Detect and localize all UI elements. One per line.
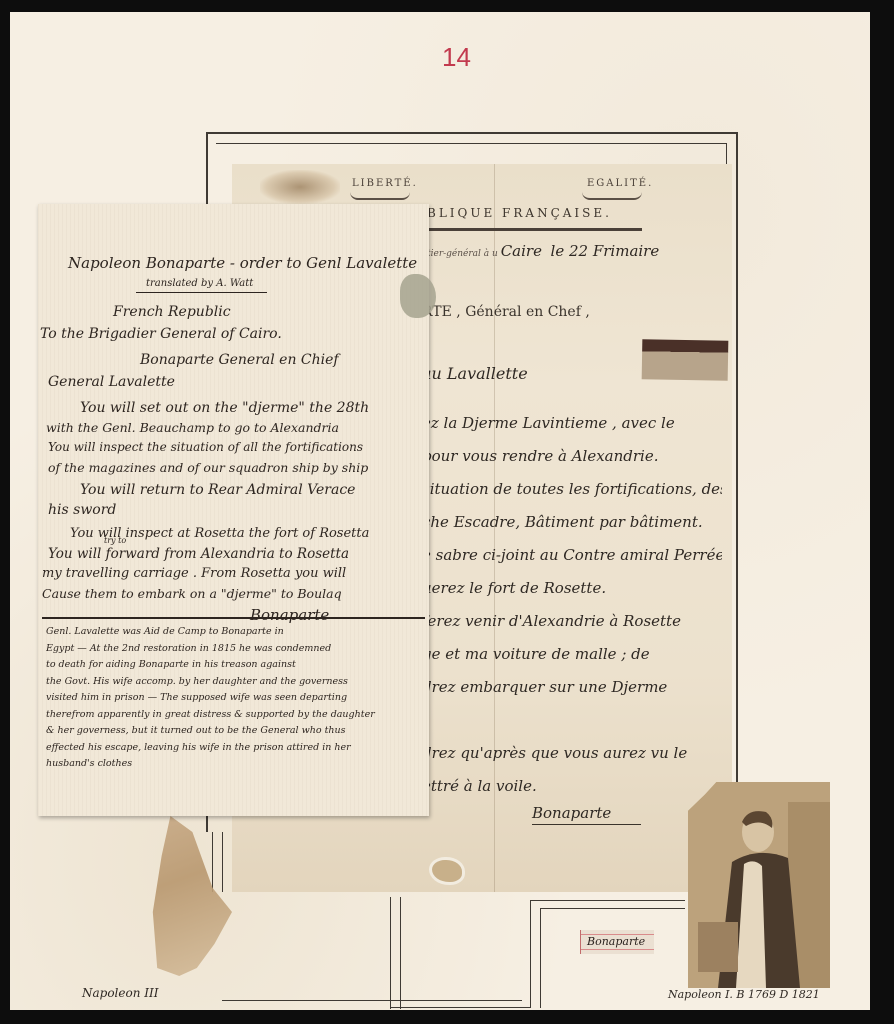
addressee: au Lavallette xyxy=(422,364,528,383)
note-line: visited him in prison — The supposed wif… xyxy=(46,690,421,707)
bonaparte-signature: Bonaparte xyxy=(532,804,641,825)
translation-line: Cause them to embark on a "djerme" to Bo… xyxy=(42,586,342,601)
caption-napoleon-iii: Napoleon III xyxy=(82,986,159,1000)
caption-napoleon-i: Napoleon I. B 1769 D 1821 xyxy=(668,988,820,1001)
translation-line: General Lavalette xyxy=(48,374,175,390)
frame-line xyxy=(530,900,685,901)
translation-line: Bonaparte General en Chief xyxy=(140,352,339,368)
note-line: Genl. Lavalette was Aid de Camp to Bonap… xyxy=(46,624,421,641)
frame-line xyxy=(540,908,541,1008)
note-divider xyxy=(42,617,425,619)
torn-photograph-remnant xyxy=(144,816,232,976)
stain xyxy=(400,274,436,318)
general-title: RTE , Général en Chef , xyxy=(422,304,590,320)
dateline-printed: tier-général à u xyxy=(427,249,498,259)
letter-line: ge et ma voiture de malle ; de xyxy=(422,645,722,678)
frame-line xyxy=(390,1007,530,1008)
header-egalite: EGALITÉ. xyxy=(587,178,653,189)
translation-line: You will return to Rear Admiral Verace xyxy=(80,482,355,498)
letter-line: situation de toutes les fortifications, … xyxy=(422,480,722,513)
letter-body: ez la Djerme Lavintieme , avec le pour v… xyxy=(422,414,722,810)
letter-line: che Escadre, Bâtiment par bâtiment. xyxy=(422,513,722,546)
note-line: therefrom apparently in great distress &… xyxy=(46,707,421,724)
letter-line: e sabre ci-joint au Contre amiral Perrée xyxy=(422,546,722,579)
stain xyxy=(260,170,340,204)
bonaparte-autograph-clipping: Bonaparte xyxy=(580,930,654,954)
page-number: 14 xyxy=(442,42,471,73)
letter-line: drez embarquer sur une Djerme xyxy=(422,678,722,711)
letter-line: pour vous rendre à Alexandrie. xyxy=(422,447,722,480)
translator-credit: translated by A. Watt xyxy=(136,278,267,293)
frame-line xyxy=(216,143,726,144)
frame-line xyxy=(736,132,738,782)
header-liberte: LIBERTÉ. xyxy=(352,178,418,189)
album-page: 14 LIBERTÉ. EGALITÉ. BLIQUE FRANÇAISE. t… xyxy=(10,12,870,1010)
frame-line xyxy=(206,132,736,134)
note-line: to death for aiding Bonaparte in his tre… xyxy=(46,657,421,674)
letter-line: uerez le fort de Rosette. xyxy=(422,579,722,612)
frame-line xyxy=(540,908,685,909)
note-title: Napoleon Bonaparte - order to Genl Laval… xyxy=(68,254,417,272)
note-line: husband's clothes xyxy=(46,756,421,773)
translation-line: You will forward from Alexandria to Rose… xyxy=(48,546,349,562)
translation-line: You will inspect the situation of all th… xyxy=(48,440,363,454)
swash-ornament-icon xyxy=(350,192,410,200)
swash-ornament-icon xyxy=(582,192,642,200)
frame-line xyxy=(400,897,401,1009)
translation-signature: Bonaparte xyxy=(250,606,329,624)
translation-line: of the magazines and of our squadron shi… xyxy=(48,460,368,475)
portrait-figure-icon xyxy=(688,782,830,988)
letter-line: drez qu'après que vous aurez vu le xyxy=(422,744,722,777)
dateline: tier-général à u Caire le 22 Frimaire xyxy=(427,242,659,260)
dateline-place: Caire xyxy=(501,242,542,260)
frame-line xyxy=(390,897,391,1009)
republic-heading: BLIQUE FRANÇAISE. xyxy=(427,206,612,220)
heading-rule xyxy=(427,228,642,231)
attached-paper-strip xyxy=(642,339,729,380)
historical-note: Genl. Lavalette was Aid de Camp to Bonap… xyxy=(46,624,421,773)
translation-line: To the Brigadier General of Cairo. xyxy=(40,326,282,342)
note-line: & her governess, but it turned out to be… xyxy=(46,723,421,740)
frame-line xyxy=(530,900,531,1008)
paper-tear xyxy=(432,860,462,882)
translation-line: my travelling carriage . From Rosetta yo… xyxy=(42,566,346,581)
translation-insertion: try to xyxy=(104,536,126,545)
frame-line xyxy=(212,832,213,892)
napoleon-portrait-photo xyxy=(688,782,830,988)
frame-line xyxy=(222,1000,522,1001)
translation-line: You will set out on the "djerme" the 28t… xyxy=(80,400,369,416)
note-line: Egypt — At the 2nd restoration in 1815 h… xyxy=(46,641,421,658)
letter-line xyxy=(422,711,722,744)
english-translation-note: Napoleon Bonaparte - order to Genl Laval… xyxy=(38,204,429,816)
translation-line: with the Genl. Beauchamp to go to Alexan… xyxy=(46,420,339,435)
letter-line: ferez venir d'Alexandrie à Rosette xyxy=(422,612,722,645)
translation-line: French Republic xyxy=(113,304,231,320)
frame-line xyxy=(222,832,223,892)
note-line: effected his escape, leaving his wife in… xyxy=(46,740,421,757)
translation-line: his sword xyxy=(48,502,116,518)
letter-line: ez la Djerme Lavintieme , avec le xyxy=(422,414,722,447)
dateline-date: le 22 Frimaire xyxy=(551,242,660,260)
note-line: the Govt. His wife accomp. by her daught… xyxy=(46,674,421,691)
